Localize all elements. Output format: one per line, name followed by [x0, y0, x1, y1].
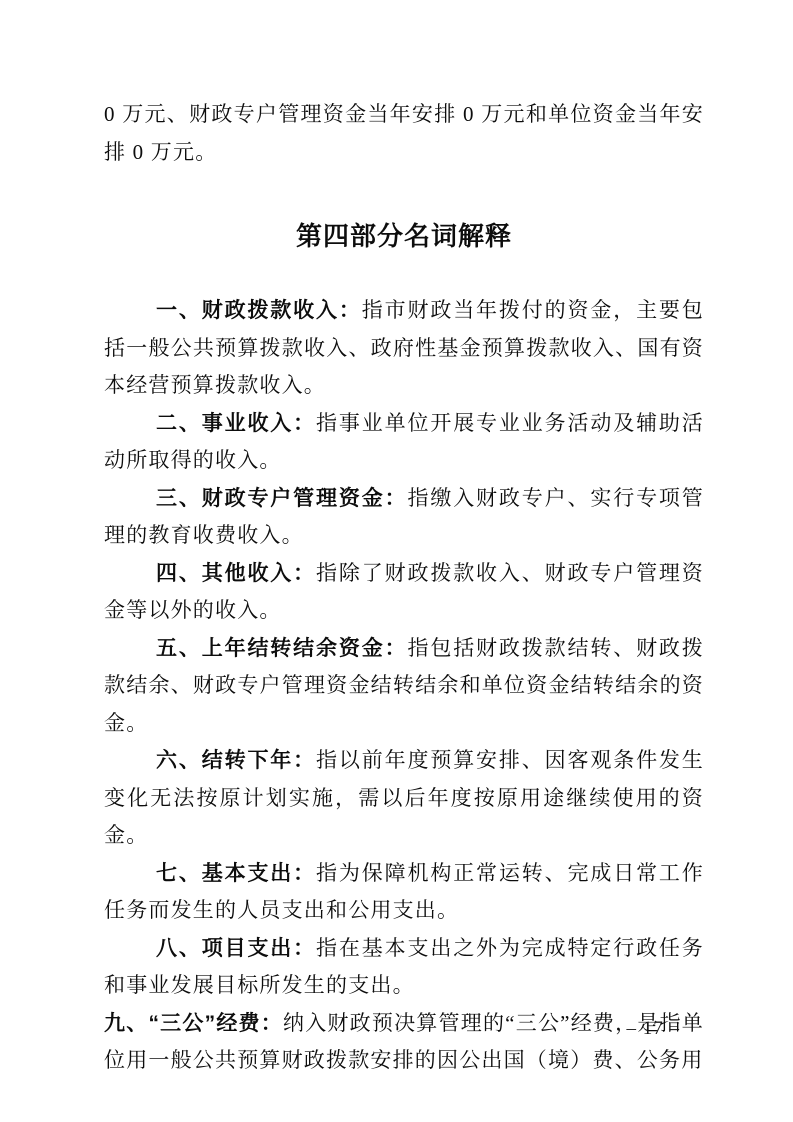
term-label: 八、项目支出： — [156, 937, 316, 960]
document-page: 0 万元、财政专户管理资金当年安排 0 万元和单位资金当年安排 0 万元。 第四… — [0, 0, 793, 1122]
term-label: 九、“三公”经费： — [104, 1012, 283, 1035]
term-paragraph: 七、基本支出：指为保障机构正常运转、完成日常工作任务而发生的人员支出和公用支出。 — [104, 855, 704, 930]
term-label: 一、财政拨款收入： — [156, 299, 362, 322]
continuation-paragraph: 0 万元、财政专户管理资金当年安排 0 万元和单位资金当年安排 0 万元。 — [104, 96, 704, 171]
term-paragraph: 二、事业收入：指事业单位开展专业业务活动及辅助活动所取得的收入。 — [104, 405, 704, 480]
term-label: 七、基本支出： — [156, 862, 316, 885]
term-paragraph: 八、项目支出：指在基本支出之外为完成特定行政任务和事业发展目标所发生的支出。 — [104, 930, 704, 1005]
section-title: 第四部分名词解释 — [104, 216, 704, 256]
terms-list: 一、财政拨款收入：指市财政当年拨付的资金，主要包括一般公共预算拨款收入、政府性基… — [104, 292, 704, 1080]
term-label: 四、其他收入： — [156, 562, 316, 585]
page-number: – 17 – — [627, 1016, 681, 1042]
term-paragraph: 九、“三公”经费：纳入财政预决算管理的“三公”经费，是指单位用一般公共预算财政拨… — [104, 1005, 704, 1080]
term-paragraph: 四、其他收入：指除了财政拨款收入、财政专户管理资金等以外的收入。 — [104, 555, 704, 630]
page-content: 0 万元、财政专户管理资金当年安排 0 万元和单位资金当年安排 0 万元。 第四… — [104, 96, 704, 1080]
term-paragraph: 五、上年结转结余资金：指包括财政拨款结转、财政拨款结余、财政专户管理资金结转结余… — [104, 630, 704, 743]
term-label: 二、事业收入： — [156, 412, 316, 435]
term-label: 五、上年结转结余资金： — [156, 637, 407, 660]
term-label: 三、财政专户管理资金： — [156, 487, 407, 510]
term-paragraph: 三、财政专户管理资金：指缴入财政专户、实行专项管理的教育收费收入。 — [104, 480, 704, 555]
term-paragraph: 六、结转下年：指以前年度预算安排、因客观条件发生变化无法按原计划实施，需以后年度… — [104, 742, 704, 855]
term-paragraph: 一、财政拨款收入：指市财政当年拨付的资金，主要包括一般公共预算拨款收入、政府性基… — [104, 292, 704, 405]
term-label: 六、结转下年： — [156, 749, 316, 772]
